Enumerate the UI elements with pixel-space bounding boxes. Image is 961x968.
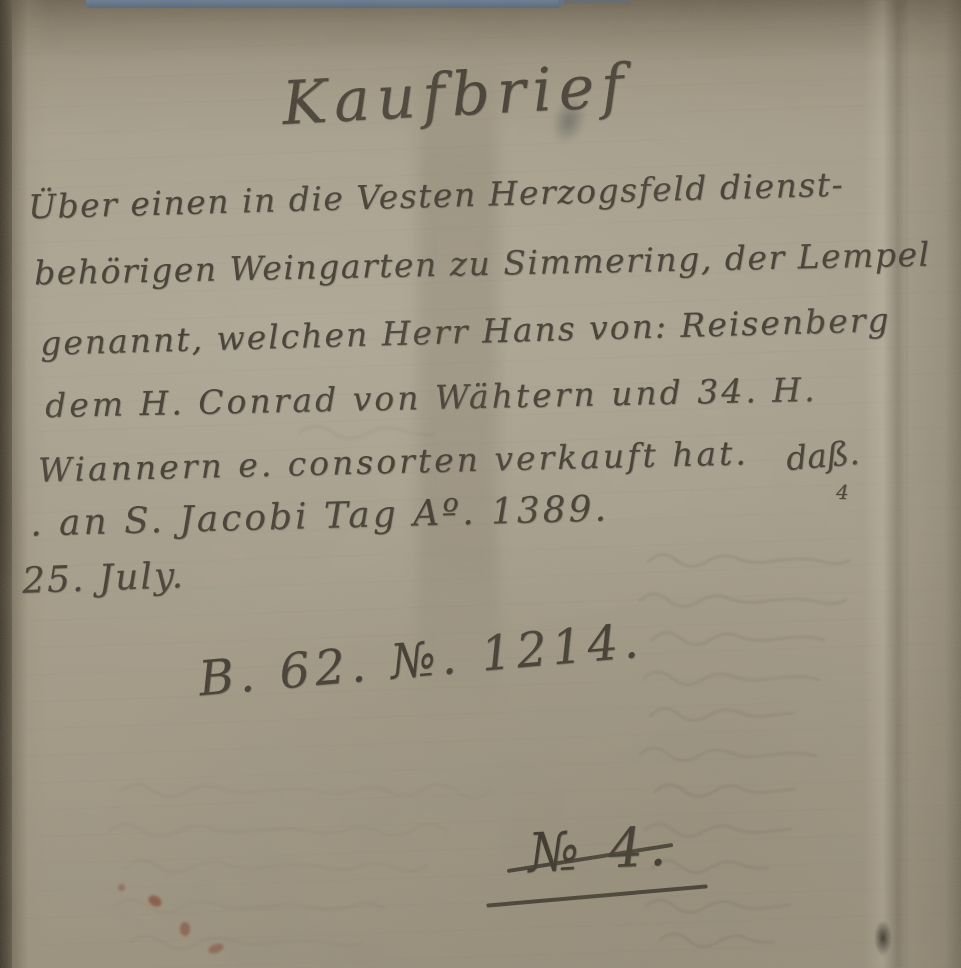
side-note-sub: 4	[836, 480, 849, 504]
red-stain	[118, 884, 125, 891]
left-page-edge	[0, 0, 12, 968]
blue-binding-strip-tail	[558, 0, 630, 4]
blue-binding-strip	[86, 0, 564, 8]
right-edge-shading	[906, 0, 961, 968]
number-sign: №	[526, 819, 586, 885]
dark-ink-spot	[874, 920, 892, 956]
modern-date: 25. July.	[21, 555, 185, 602]
side-note: daß.	[784, 433, 860, 478]
right-fold-crease	[862, 0, 908, 968]
manuscript-page: Kaufbrief Über einen in die Vesten Herzo…	[0, 0, 961, 968]
red-stain	[180, 922, 190, 936]
